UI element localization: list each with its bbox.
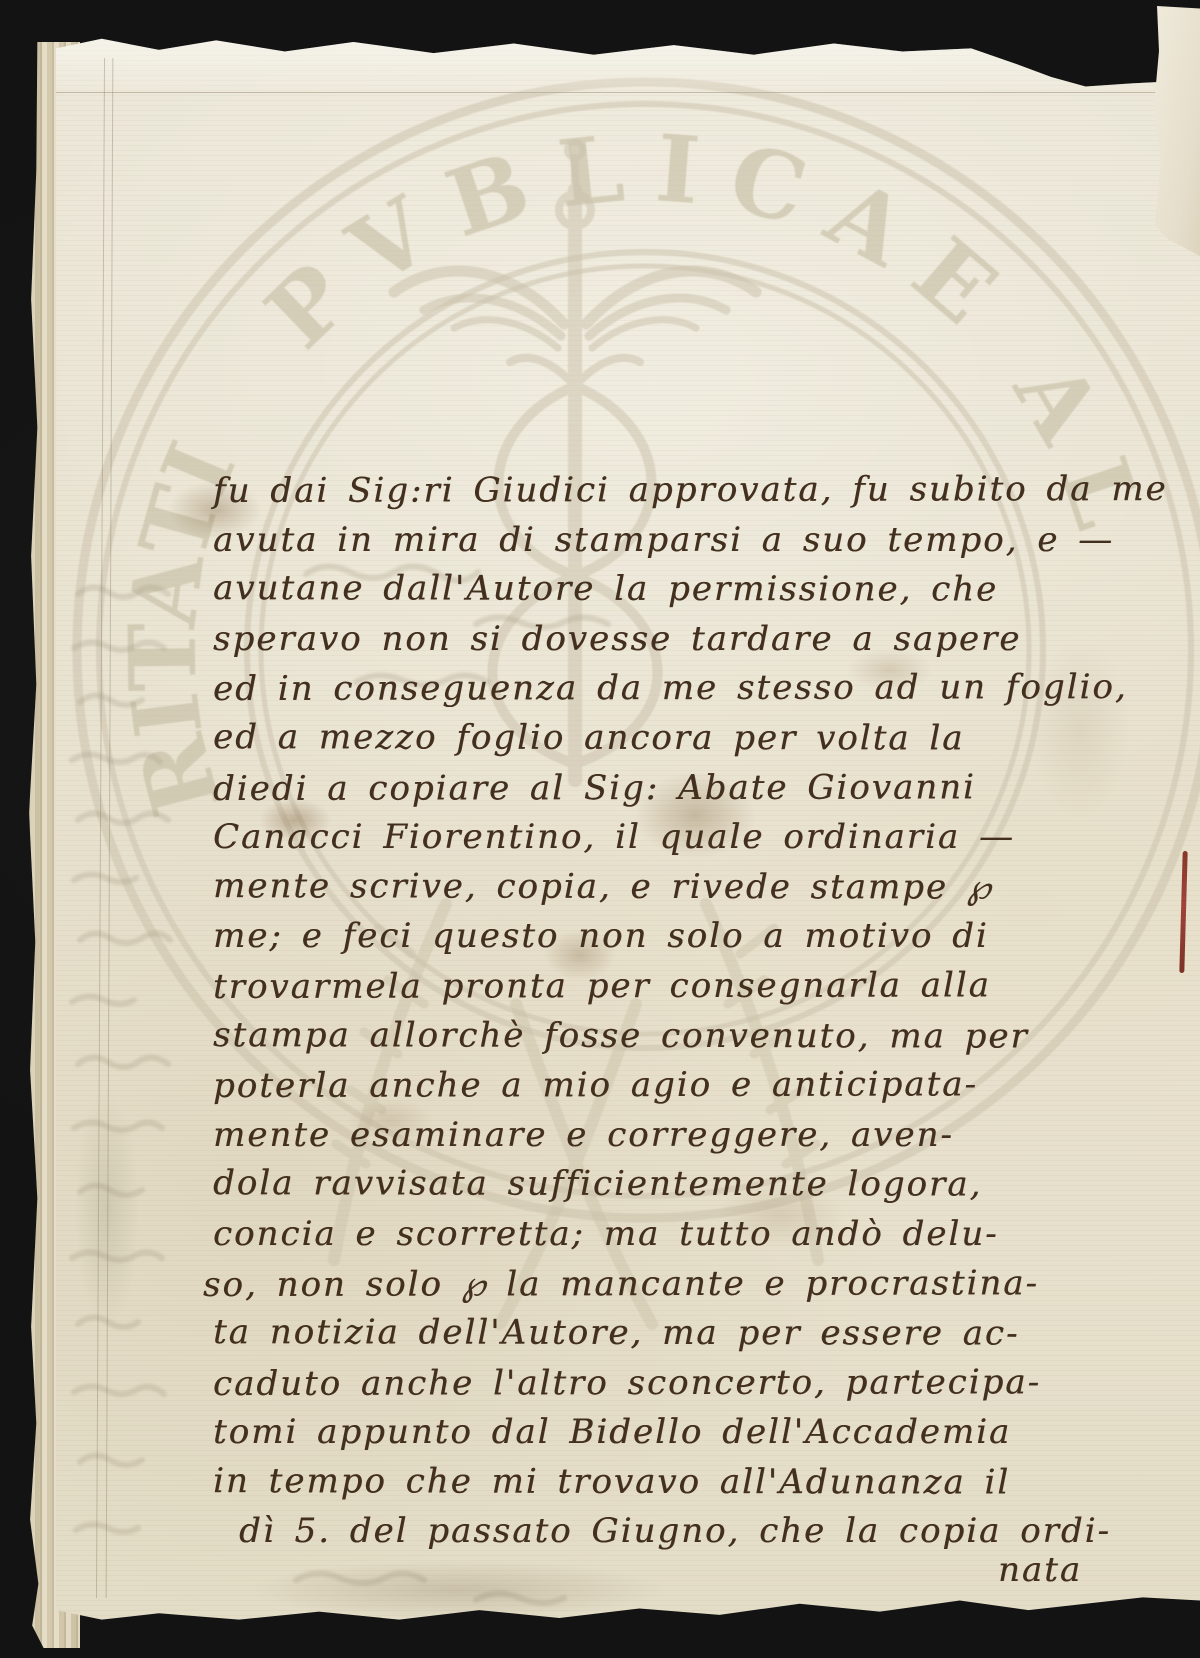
manuscript-line: avutane dall'Autore la permissione, che: [213, 564, 1173, 615]
manuscript-line: dola ravvisata sufficientemente logora,: [213, 1159, 1173, 1210]
manuscript-line: in tempo che mi trovavo all'Adunanza il: [213, 1457, 1173, 1508]
manuscript-line: Canacci Fiorentino, il quale ordinaria —: [213, 813, 1173, 863]
corner-flap: [1150, 6, 1200, 256]
manuscript-line: diedi a copiare al Sig: Abate Giovanni: [213, 763, 1173, 815]
manuscript-line: speravo non si dovesse tardare a sapere: [213, 615, 1173, 665]
manuscript-line: trovarmela pronta per consegnarla alla: [213, 961, 1173, 1013]
red-margin-mark: [1179, 851, 1187, 973]
manuscript-text-block: fu dai Sig:ri Giudici approvata, fu subi…: [213, 466, 1173, 1557]
manuscript-line: stampa allorchè fosse convenuto, ma per: [213, 1011, 1173, 1062]
manuscript-line: fu dai Sig:ri Giudici approvata, fu subi…: [213, 465, 1173, 517]
manuscript-line: ed a mezzo foglio ancora per volta la: [213, 713, 1173, 764]
manuscript-line: mente esaminare e correggere, aven-: [213, 1111, 1173, 1161]
manuscript-line: me; e feci questo non solo a motivo di: [213, 912, 1173, 962]
manuscript-line: tomi appunto dal Bidello dell'Accademia: [213, 1408, 1173, 1458]
ink-stain: [180, 1550, 740, 1630]
photo-background: { "page": { "watermark": { "arc_text_lef…: [0, 0, 1200, 1658]
manuscript-line: ta notizia dell'Autore, ma per essere ac…: [213, 1308, 1173, 1359]
binding-crease-line: [96, 58, 105, 1598]
page-leaf: RITATI PVBLICAE AL: [56, 34, 1200, 1626]
manuscript-line: caduto anche l'altro sconcerto, partecip…: [213, 1358, 1173, 1410]
manuscript-line: ed in conseguenza da me stesso ad un fog…: [213, 663, 1173, 715]
manuscript-line: avuta in mira di stamparsi a suo tempo, …: [213, 516, 1173, 566]
manuscript-line: so, non solo ℘ la mancante e procrastina…: [203, 1258, 1173, 1310]
manuscript-line: poterla anche a mio agio e anticipata-: [213, 1060, 1173, 1112]
top-fold-strip: [56, 34, 1200, 93]
catchword: nata: [998, 1550, 1082, 1590]
binding-crease-line: [106, 58, 114, 1598]
manuscript-line: mente scrive, copia, e rivede stampe ℘: [213, 862, 1173, 913]
svg-text:PVBLICAE: PVBLICAE: [245, 114, 1022, 369]
watermark-arc-text-top: PVBLICAE: [245, 114, 1022, 369]
manuscript-line: concia e scorretta; ma tutto andò delu-: [213, 1210, 1173, 1260]
